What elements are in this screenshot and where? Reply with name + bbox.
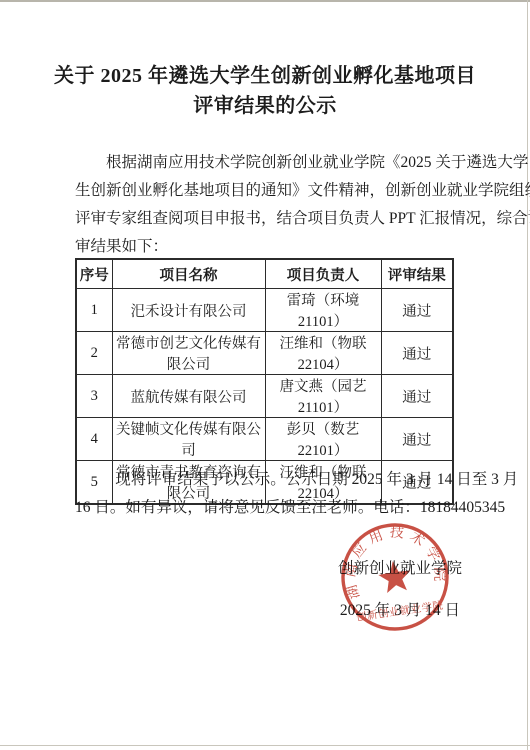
- cell-project-leader: 雷琦（环境 21101）: [265, 289, 381, 332]
- announcement-page: 关于 2025 年遴选大学生创新创业孵化基地项目 评审结果的公示 根据湖南应用技…: [0, 0, 530, 750]
- cell-project-leader: 汪维和（物联 22104）: [265, 332, 381, 375]
- header-seq: 序号: [76, 259, 112, 289]
- official-seal: 湖南应用技术学院 创新创业就业学院: [328, 510, 461, 643]
- closing-line: 现将评审结果予以公示。公示日期 2025 年 3 月 14 日至 3 月: [75, 466, 459, 494]
- intro-paragraph: 根据湖南应用技术学院创新创业就业学院《2025 关于遴选大学 生创新创业孵化基地…: [75, 149, 457, 261]
- table-row: 4 关键帧文化传媒有限公司 彭贝（数艺 22101） 通过: [76, 418, 453, 461]
- header-project-name: 项目名称: [112, 259, 265, 289]
- cell-seq: 1: [76, 289, 112, 332]
- seal-star-icon: [377, 559, 413, 594]
- cell-project-leader: 唐文燕（园艺 21101）: [265, 375, 381, 418]
- page-edge-top: [0, 0, 530, 2]
- cell-result: 通过: [381, 289, 453, 332]
- page-title-line1: 关于 2025 年遴选大学生创新创业孵化基地项目: [0, 64, 530, 88]
- table-row: 3 蓝航传媒有限公司 唐文燕（园艺 21101） 通过: [76, 375, 453, 418]
- intro-line: 评审专家组查阅项目申报书，结合项目负责人 PPT 汇报情况，综合评: [75, 205, 457, 233]
- table-row: 1 汜禾设计有限公司 雷琦（环境 21101） 通过: [76, 289, 453, 332]
- table-header-row: 序号 项目名称 项目负责人 评审结果: [76, 259, 453, 289]
- intro-line: 生创新创业孵化基地项目的通知》文件精神，创新创业就业学院组织: [75, 177, 457, 205]
- closing-paragraph: 现将评审结果予以公示。公示日期 2025 年 3 月 14 日至 3 月 16 …: [75, 466, 459, 522]
- cell-project-name: 蓝航传媒有限公司: [112, 375, 265, 418]
- cell-project-name: 关键帧文化传媒有限公司: [112, 418, 265, 461]
- cell-seq: 3: [76, 375, 112, 418]
- intro-line: 审结果如下：: [75, 233, 457, 261]
- header-project-leader: 项目负责人: [265, 259, 381, 289]
- cell-project-name: 常德市创艺文化传媒有限公司: [112, 332, 265, 375]
- cell-project-leader: 彭贝（数艺 22101）: [265, 418, 381, 461]
- table-row: 2 常德市创艺文化传媒有限公司 汪维和（物联 22104） 通过: [76, 332, 453, 375]
- cell-project-name: 汜禾设计有限公司: [112, 289, 265, 332]
- cell-result: 通过: [381, 332, 453, 375]
- cell-result: 通过: [381, 418, 453, 461]
- seal-bottom-text: 创新创业就业学院: [355, 599, 444, 624]
- cell-seq: 2: [76, 332, 112, 375]
- page-edge-bottom: [0, 745, 530, 746]
- page-title-line2: 评审结果的公示: [0, 94, 530, 118]
- intro-line: 根据湖南应用技术学院创新创业就业学院《2025 关于遴选大学: [75, 149, 457, 177]
- header-result: 评审结果: [381, 259, 453, 289]
- cell-result: 通过: [381, 375, 453, 418]
- cell-seq: 4: [76, 418, 112, 461]
